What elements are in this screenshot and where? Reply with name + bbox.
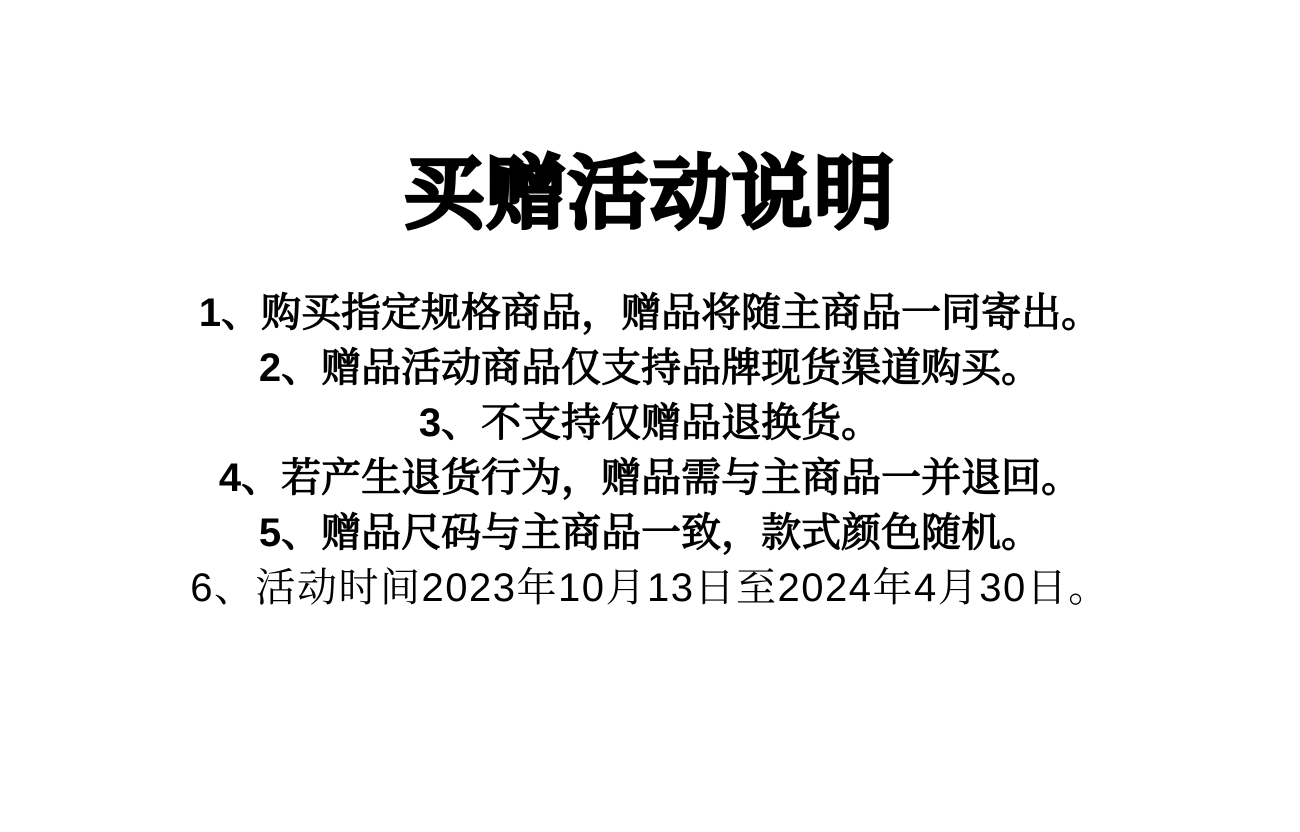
notice-line-5: 5、赠品尺码与主商品一致，款式颜色随机。 (259, 506, 1041, 561)
notice-line-2: 2、赠品活动商品仅支持品牌现货渠道购买。 (259, 341, 1041, 396)
notice-line-3: 3、不支持仅赠品退换货。 (419, 396, 881, 451)
page-title: 买赠活动说明 (404, 150, 896, 238)
notice-line-4: 4、若产生退货行为，赠品需与主商品一并退回。 (219, 451, 1081, 506)
notice-line-6: 6、活动时间2023年10月13日至2024年4月30日。 (190, 561, 1109, 616)
promo-notice-page: 买赠活动说明 1、购买指定规格商品，赠品将随主商品一同寄出。 2、赠品活动商品仅… (0, 0, 1300, 832)
notice-list: 1、购买指定规格商品，赠品将随主商品一同寄出。 2、赠品活动商品仅支持品牌现货渠… (190, 286, 1109, 616)
notice-line-1: 1、购买指定规格商品，赠品将随主商品一同寄出。 (199, 286, 1101, 341)
